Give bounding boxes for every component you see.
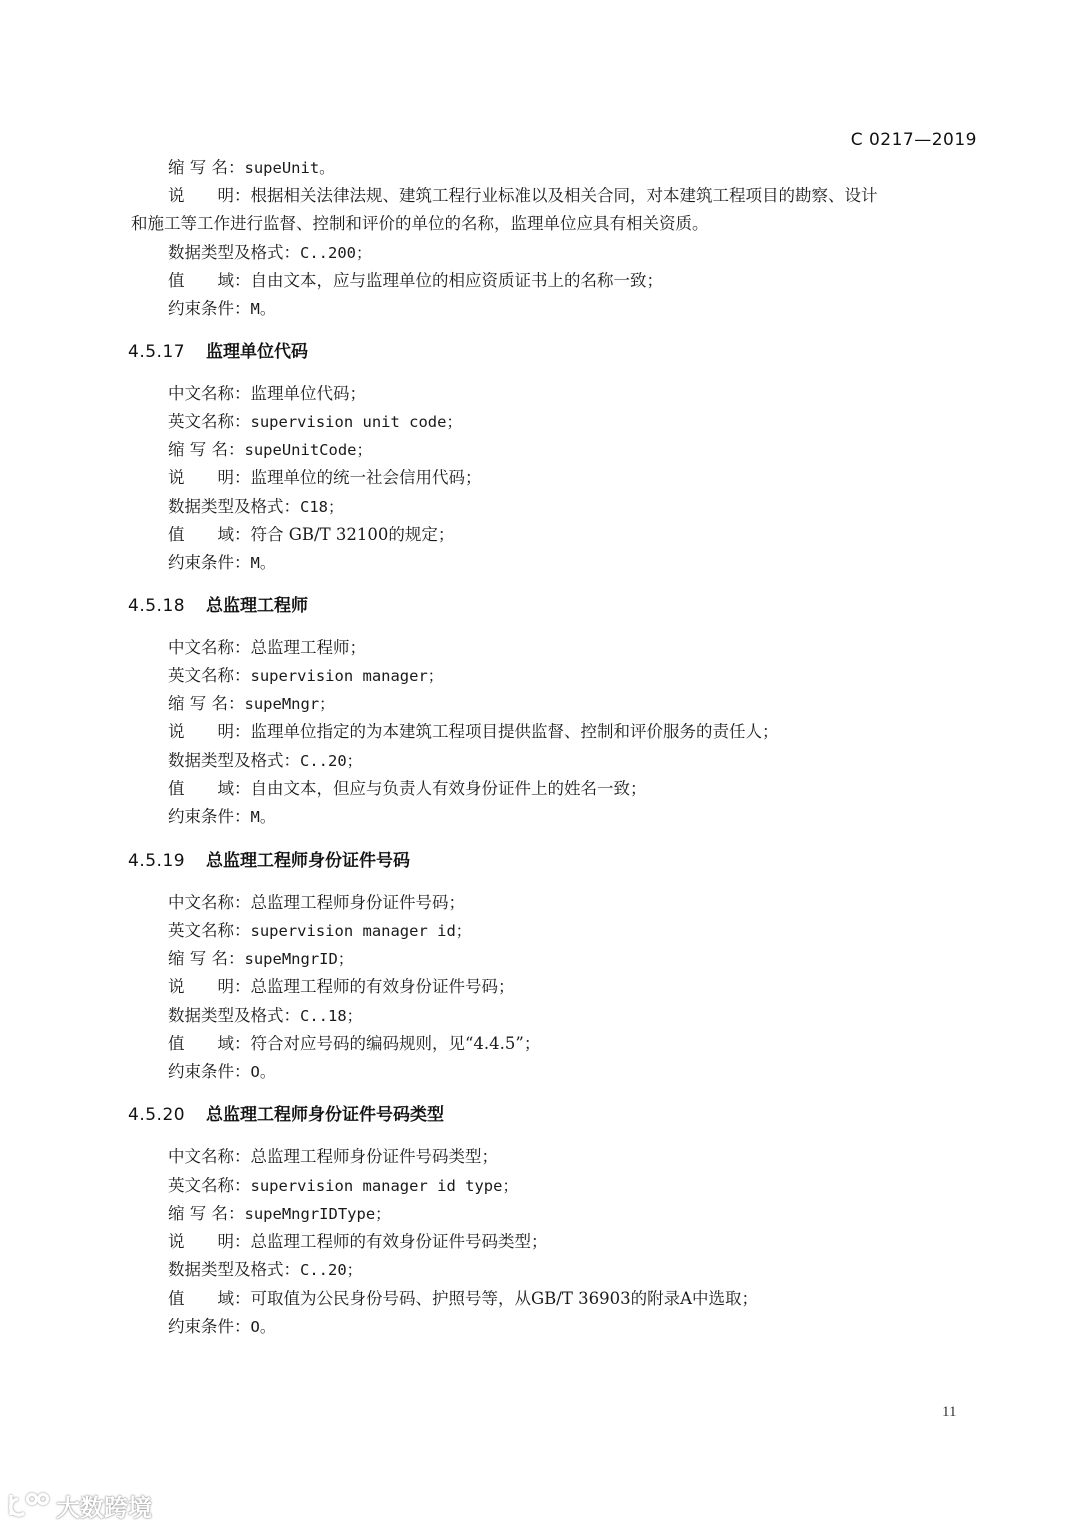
section-number: 4.5.17 xyxy=(128,341,206,363)
field-data-type: 数据类型及格式：C..20； xyxy=(168,750,362,772)
field-label: 缩 写 名： xyxy=(168,158,245,177)
field-constraint: 约束条件：O。 xyxy=(168,1316,275,1338)
field-value: 监理单位的统一社会信用代码； xyxy=(251,468,482,487)
field-label: 说 明： xyxy=(168,1232,251,1251)
field-label: 中文名称： xyxy=(168,638,251,657)
field-english-name: 英文名称：supervision manager； xyxy=(168,665,443,687)
field-abbreviation: 缩 写 名：supeMngrIDType； xyxy=(168,1203,391,1225)
field-value: C..20； xyxy=(300,1261,362,1279)
field-label: 中文名称： xyxy=(168,384,251,403)
field-value: C18； xyxy=(300,498,344,516)
field-line: 值 域：自由文本，应与监理单位的相应资质证书上的名称一致； xyxy=(168,270,663,292)
field-value: supeMngrID； xyxy=(245,950,354,968)
field-value: supervision unit code； xyxy=(251,413,462,431)
field-line: 缩 写 名：supeUnit。 xyxy=(168,157,335,179)
field-label: 值 域： xyxy=(168,1034,251,1053)
field-label: 缩 写 名： xyxy=(168,949,245,968)
field-label: 英文名称： xyxy=(168,412,251,431)
field-label: 约束条件： xyxy=(168,807,251,826)
section-heading: 4.5.17监理单位代码 xyxy=(128,341,308,363)
field-value: C..20； xyxy=(300,752,362,770)
field-value: 符合 GB/T 32100的规定； xyxy=(251,525,455,544)
field-value: M。 xyxy=(251,300,276,318)
field-label: 中文名称： xyxy=(168,1147,251,1166)
field-label: 中文名称： xyxy=(168,893,251,912)
field-english-name: 英文名称：supervision manager id type； xyxy=(168,1175,518,1197)
field-line: 数据类型及格式：C..200； xyxy=(168,242,372,264)
field-abbreviation: 缩 写 名：supeMngrID； xyxy=(168,948,353,970)
field-value: 总监理工程师身份证件号码类型； xyxy=(251,1147,499,1166)
field-label: 英文名称： xyxy=(168,1176,251,1195)
field-value: C..18； xyxy=(300,1007,362,1025)
field-value: 监理单位指定的为本建筑工程项目提供监督、控制和评价服务的责任人； xyxy=(251,722,779,741)
field-value: 自由文本，但应与负责人有效身份证件上的姓名一致； xyxy=(251,779,647,798)
field-value: supervision manager； xyxy=(251,667,444,685)
field-chinese-name: 中文名称：总监理工程师身份证件号码； xyxy=(168,892,465,914)
field-value: 总监理工程师身份证件号码； xyxy=(251,893,466,912)
field-value: O。 xyxy=(251,1063,276,1081)
field-description: 说 明：监理单位的统一社会信用代码； xyxy=(168,467,482,489)
field-constraint: 约束条件：M。 xyxy=(168,552,275,574)
field-value: supeMngrIDType； xyxy=(245,1205,391,1223)
watermark-text: 大数跨境 xyxy=(56,1488,152,1523)
field-label: 值 域： xyxy=(168,779,251,798)
field-description: 说 明：监理单位指定的为本建筑工程项目提供监督、控制和评价服务的责任人； xyxy=(168,721,779,743)
field-value: 总监理工程师的有效身份证件号码； xyxy=(251,977,515,996)
field-value: 符合对应号码的编码规则，见“4.4.5”； xyxy=(251,1034,541,1053)
field-description: 说 明：总监理工程师的有效身份证件号码； xyxy=(168,976,515,998)
field-label: 缩 写 名： xyxy=(168,440,245,459)
field-constraint: 约束条件：M。 xyxy=(168,806,275,828)
section-number: 4.5.20 xyxy=(128,1104,206,1126)
section-heading: 4.5.20总监理工程师身份证件号码类型 xyxy=(128,1104,444,1126)
section-title: 总监理工程师身份证件号码 xyxy=(206,851,410,871)
field-data-type: 数据类型及格式：C..20； xyxy=(168,1259,362,1281)
field-value: M。 xyxy=(251,554,276,572)
field-value: C..200； xyxy=(300,244,372,262)
field-english-name: 英文名称：supervision manager id； xyxy=(168,920,471,942)
field-label: 缩 写 名： xyxy=(168,694,245,713)
page-number: 11 xyxy=(942,1404,956,1421)
field-value: 根据相关法律法规、建筑工程行业标准以及相关合同，对本建筑工程项目的勘察、设计 xyxy=(251,186,878,205)
watermark-logo-icon xyxy=(6,1491,52,1521)
field-value: 监理单位代码； xyxy=(251,384,367,403)
field-label: 约束条件： xyxy=(168,1317,251,1336)
field-value: supeUnitCode； xyxy=(245,441,372,459)
field-label: 英文名称： xyxy=(168,666,251,685)
field-value: 和施工等工作进行监督、控制和评价的单位的名称，监理单位应具有相关资质。 xyxy=(131,214,709,233)
section-title: 监理单位代码 xyxy=(206,342,308,362)
field-abbreviation: 缩 写 名：supeUnitCode； xyxy=(168,439,372,461)
section-heading: 4.5.18总监理工程师 xyxy=(128,595,308,617)
field-label: 说 明： xyxy=(168,977,251,996)
field-value: 总监理工程师； xyxy=(251,638,367,657)
field-label: 说 明： xyxy=(168,722,251,741)
standard-code: C 0217—2019 xyxy=(851,130,977,150)
field-value: 可取值为公民身份号码、护照号等，从GB/T 36903的附录A中选取； xyxy=(251,1289,759,1308)
field-line-continuation: 和施工等工作进行监督、控制和评价的单位的名称，监理单位应具有相关资质。 xyxy=(131,213,709,235)
field-english-name: 英文名称：supervision unit code； xyxy=(168,411,462,433)
field-value: supervision manager id； xyxy=(251,922,472,940)
field-line: 说 明：根据相关法律法规、建筑工程行业标准以及相关合同，对本建筑工程项目的勘察、… xyxy=(168,185,878,207)
section-number: 4.5.19 xyxy=(128,850,206,872)
watermark: 大数跨境 xyxy=(6,1488,152,1523)
field-value-domain: 值 域：符合 GB/T 32100的规定； xyxy=(168,524,454,546)
field-label: 数据类型及格式： xyxy=(168,1006,300,1025)
field-label: 数据类型及格式： xyxy=(168,1260,300,1279)
field-constraint: 约束条件：O。 xyxy=(168,1061,275,1083)
field-value-domain: 值 域：符合对应号码的编码规则，见“4.4.5”； xyxy=(168,1033,540,1055)
field-label: 约束条件： xyxy=(168,299,251,318)
field-chinese-name: 中文名称：总监理工程师身份证件号码类型； xyxy=(168,1146,498,1168)
field-label: 说 明： xyxy=(168,186,251,205)
field-label: 约束条件： xyxy=(168,1062,251,1081)
field-label: 约束条件： xyxy=(168,553,251,572)
field-value-domain: 值 域：可取值为公民身份号码、护照号等，从GB/T 36903的附录A中选取； xyxy=(168,1288,758,1310)
field-abbreviation: 缩 写 名：supeMngr； xyxy=(168,693,335,715)
field-value: O。 xyxy=(251,1318,276,1336)
field-label: 数据类型及格式： xyxy=(168,243,300,262)
field-value: 自由文本，应与监理单位的相应资质证书上的名称一致； xyxy=(251,271,664,290)
field-line: 约束条件：M。 xyxy=(168,298,275,320)
field-value: supervision manager id type； xyxy=(251,1177,518,1195)
field-value: supeMngr； xyxy=(245,695,335,713)
field-label: 英文名称： xyxy=(168,921,251,940)
field-data-type: 数据类型及格式：C18； xyxy=(168,496,344,518)
section-heading: 4.5.19总监理工程师身份证件号码 xyxy=(128,850,410,872)
field-label: 缩 写 名： xyxy=(168,1204,245,1223)
field-data-type: 数据类型及格式：C..18； xyxy=(168,1005,362,1027)
field-label: 值 域： xyxy=(168,271,251,290)
field-value: supeUnit。 xyxy=(245,159,335,177)
section-title: 总监理工程师身份证件号码类型 xyxy=(206,1105,444,1125)
field-value: M。 xyxy=(251,808,276,826)
field-description: 说 明：总监理工程师的有效身份证件号码类型； xyxy=(168,1231,548,1253)
field-label: 说 明： xyxy=(168,468,251,487)
field-label: 数据类型及格式： xyxy=(168,497,300,516)
section-title: 总监理工程师 xyxy=(206,596,308,616)
section-number: 4.5.18 xyxy=(128,595,206,617)
field-value-domain: 值 域：自由文本，但应与负责人有效身份证件上的姓名一致； xyxy=(168,778,647,800)
field-label: 数据类型及格式： xyxy=(168,751,300,770)
field-label: 值 域： xyxy=(168,1289,251,1308)
field-chinese-name: 中文名称：监理单位代码； xyxy=(168,383,366,405)
field-label: 值 域： xyxy=(168,525,251,544)
field-value: 总监理工程师的有效身份证件号码类型； xyxy=(251,1232,548,1251)
field-chinese-name: 中文名称：总监理工程师； xyxy=(168,637,366,659)
